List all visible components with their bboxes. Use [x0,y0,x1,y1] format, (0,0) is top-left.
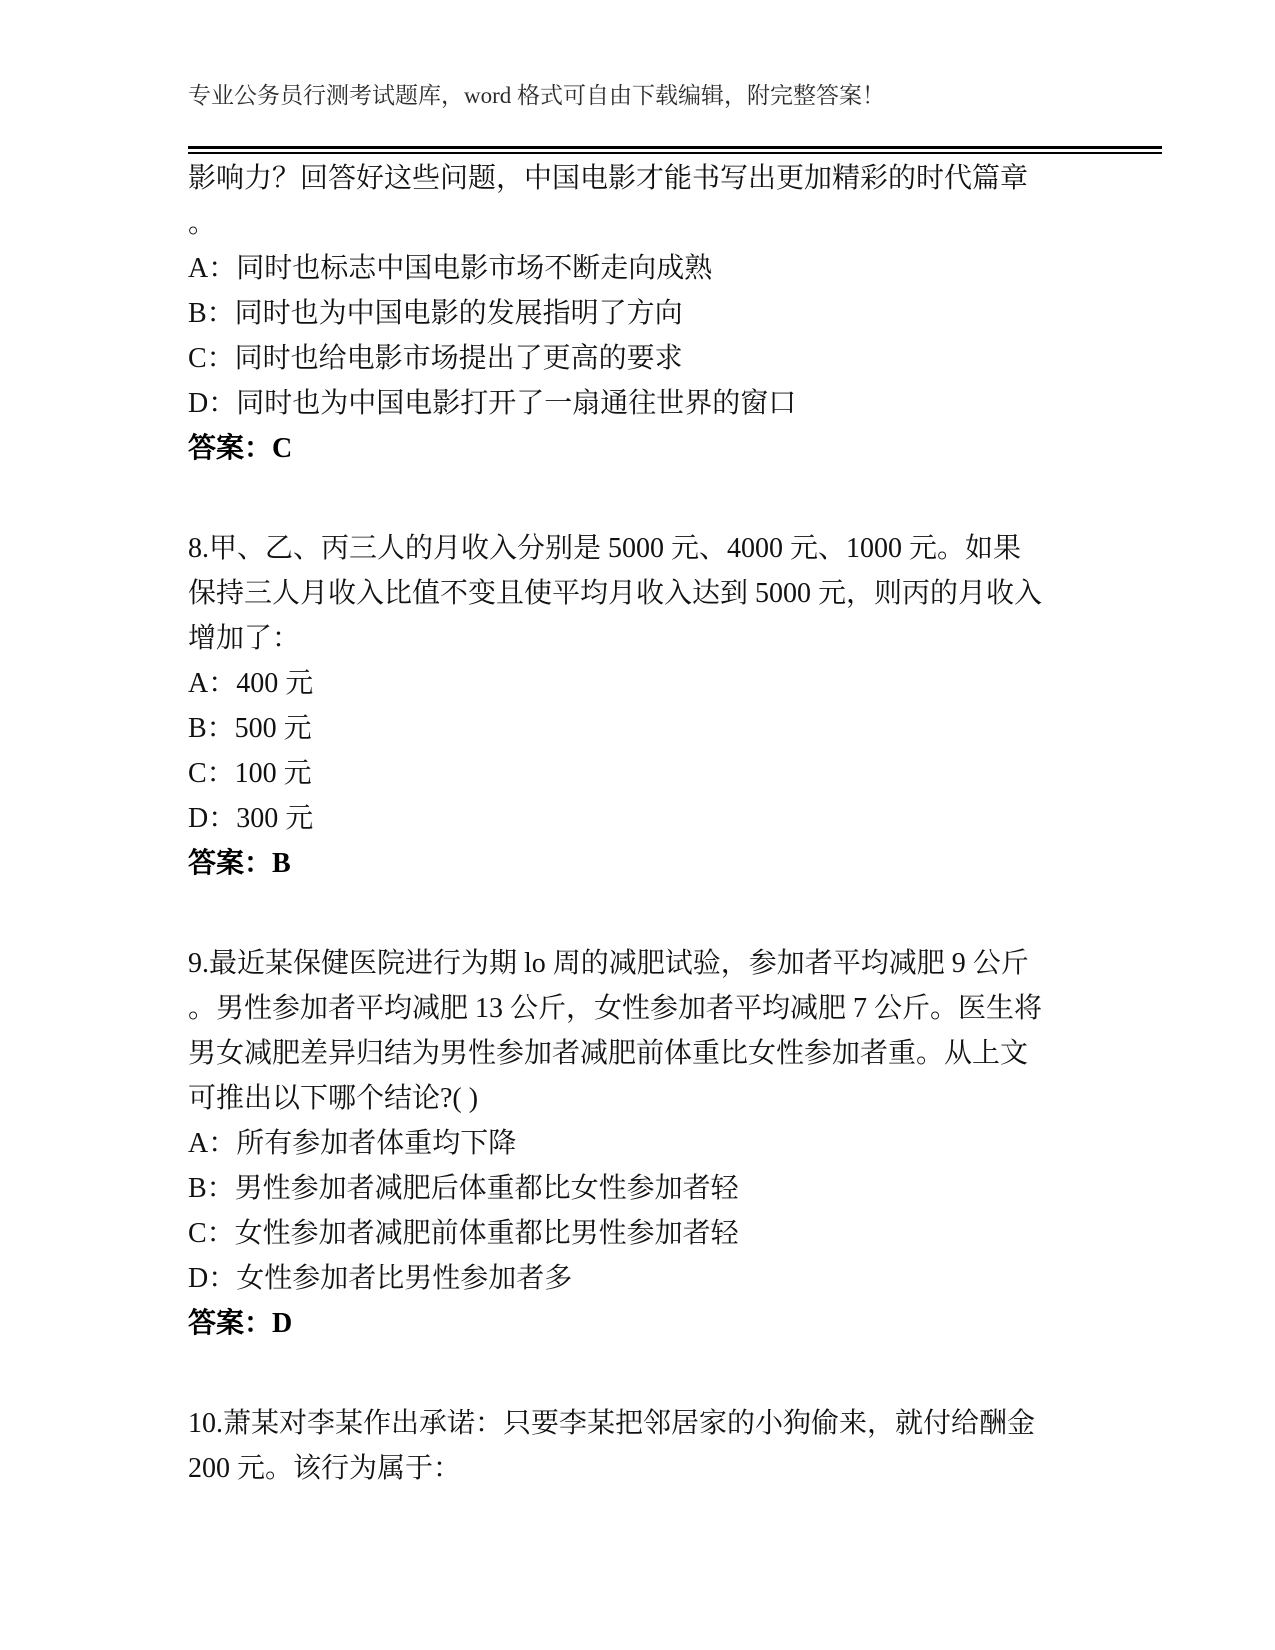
question-block-9: 9.最近某保健医院进行为期 lo 周的减肥试验，参加者平均减肥 9 公斤 。男性… [188,941,1105,1346]
option-d: D：女性参加者比男性参加者多 [188,1256,1105,1301]
answer-line: 答案：C [188,426,1105,471]
page-header-note: 专业公务员行测考试题库，word 格式可自由下载编辑，附完整答案！ [188,77,885,110]
option-d: D：同时也为中国电影打开了一扇通往世界的窗口 [188,381,1105,426]
option-a: A：400 元 [188,661,1105,706]
question-text-line: 200 元。该行为属于： [188,1446,1105,1491]
answer-line: 答案：D [188,1301,1105,1346]
question-text-line: 影响力？回答好这些问题，中国电影才能书写出更加精彩的时代篇章 [188,156,1105,201]
question-text-line: 可推出以下哪个结论?( ) [188,1076,1105,1121]
question-text-line: 保持三人月收入比值不变且使平均月收入达到 5000 元，则丙的月收入 [188,571,1105,616]
option-d: D：300 元 [188,796,1105,841]
question-text-line: 。男性参加者平均减肥 13 公斤，女性参加者平均减肥 7 公斤。医生将 [188,986,1105,1031]
option-a: A：所有参加者体重均下降 [188,1121,1105,1166]
question-block-8: 8.甲、乙、丙三人的月收入分别是 5000 元、4000 元、1000 元。如果… [188,526,1105,886]
question-text-line: 10.萧某对李某作出承诺：只要李某把邻居家的小狗偷来，就付给酬金 [188,1401,1105,1446]
option-c: C：同时也给电影市场提出了更高的要求 [188,336,1105,381]
answer-line: 答案：B [188,841,1105,886]
option-c: C：100 元 [188,751,1105,796]
document-content: 影响力？回答好这些问题，中国电影才能书写出更加精彩的时代篇章 。 A：同时也标志… [188,156,1105,1491]
question-block-10: 10.萧某对李某作出承诺：只要李某把邻居家的小狗偷来，就付给酬金 200 元。该… [188,1401,1105,1491]
question-text-line: 增加了： [188,616,1105,661]
question-block-7: 影响力？回答好这些问题，中国电影才能书写出更加精彩的时代篇章 。 A：同时也标志… [188,156,1105,471]
option-b: B：同时也为中国电影的发展指明了方向 [188,291,1105,336]
question-text-line: 男女减肥差异归结为男性参加者减肥前体重比女性参加者重。从上文 [188,1031,1105,1076]
option-b: B：500 元 [188,706,1105,751]
option-a: A：同时也标志中国电影市场不断走向成熟 [188,246,1105,291]
option-b: B：男性参加者减肥后体重都比女性参加者轻 [188,1166,1105,1211]
question-text-line: 8.甲、乙、丙三人的月收入分别是 5000 元、4000 元、1000 元。如果 [188,526,1105,571]
question-text-line: 9.最近某保健医院进行为期 lo 周的减肥试验，参加者平均减肥 9 公斤 [188,941,1105,986]
document-page: 专业公务员行测考试题库，word 格式可自由下载编辑，附完整答案！ 影响力？回答… [0,0,1275,1650]
header-double-rule [188,146,1162,154]
option-c: C：女性参加者减肥前体重都比男性参加者轻 [188,1211,1105,1256]
question-text-line: 。 [188,201,1105,246]
